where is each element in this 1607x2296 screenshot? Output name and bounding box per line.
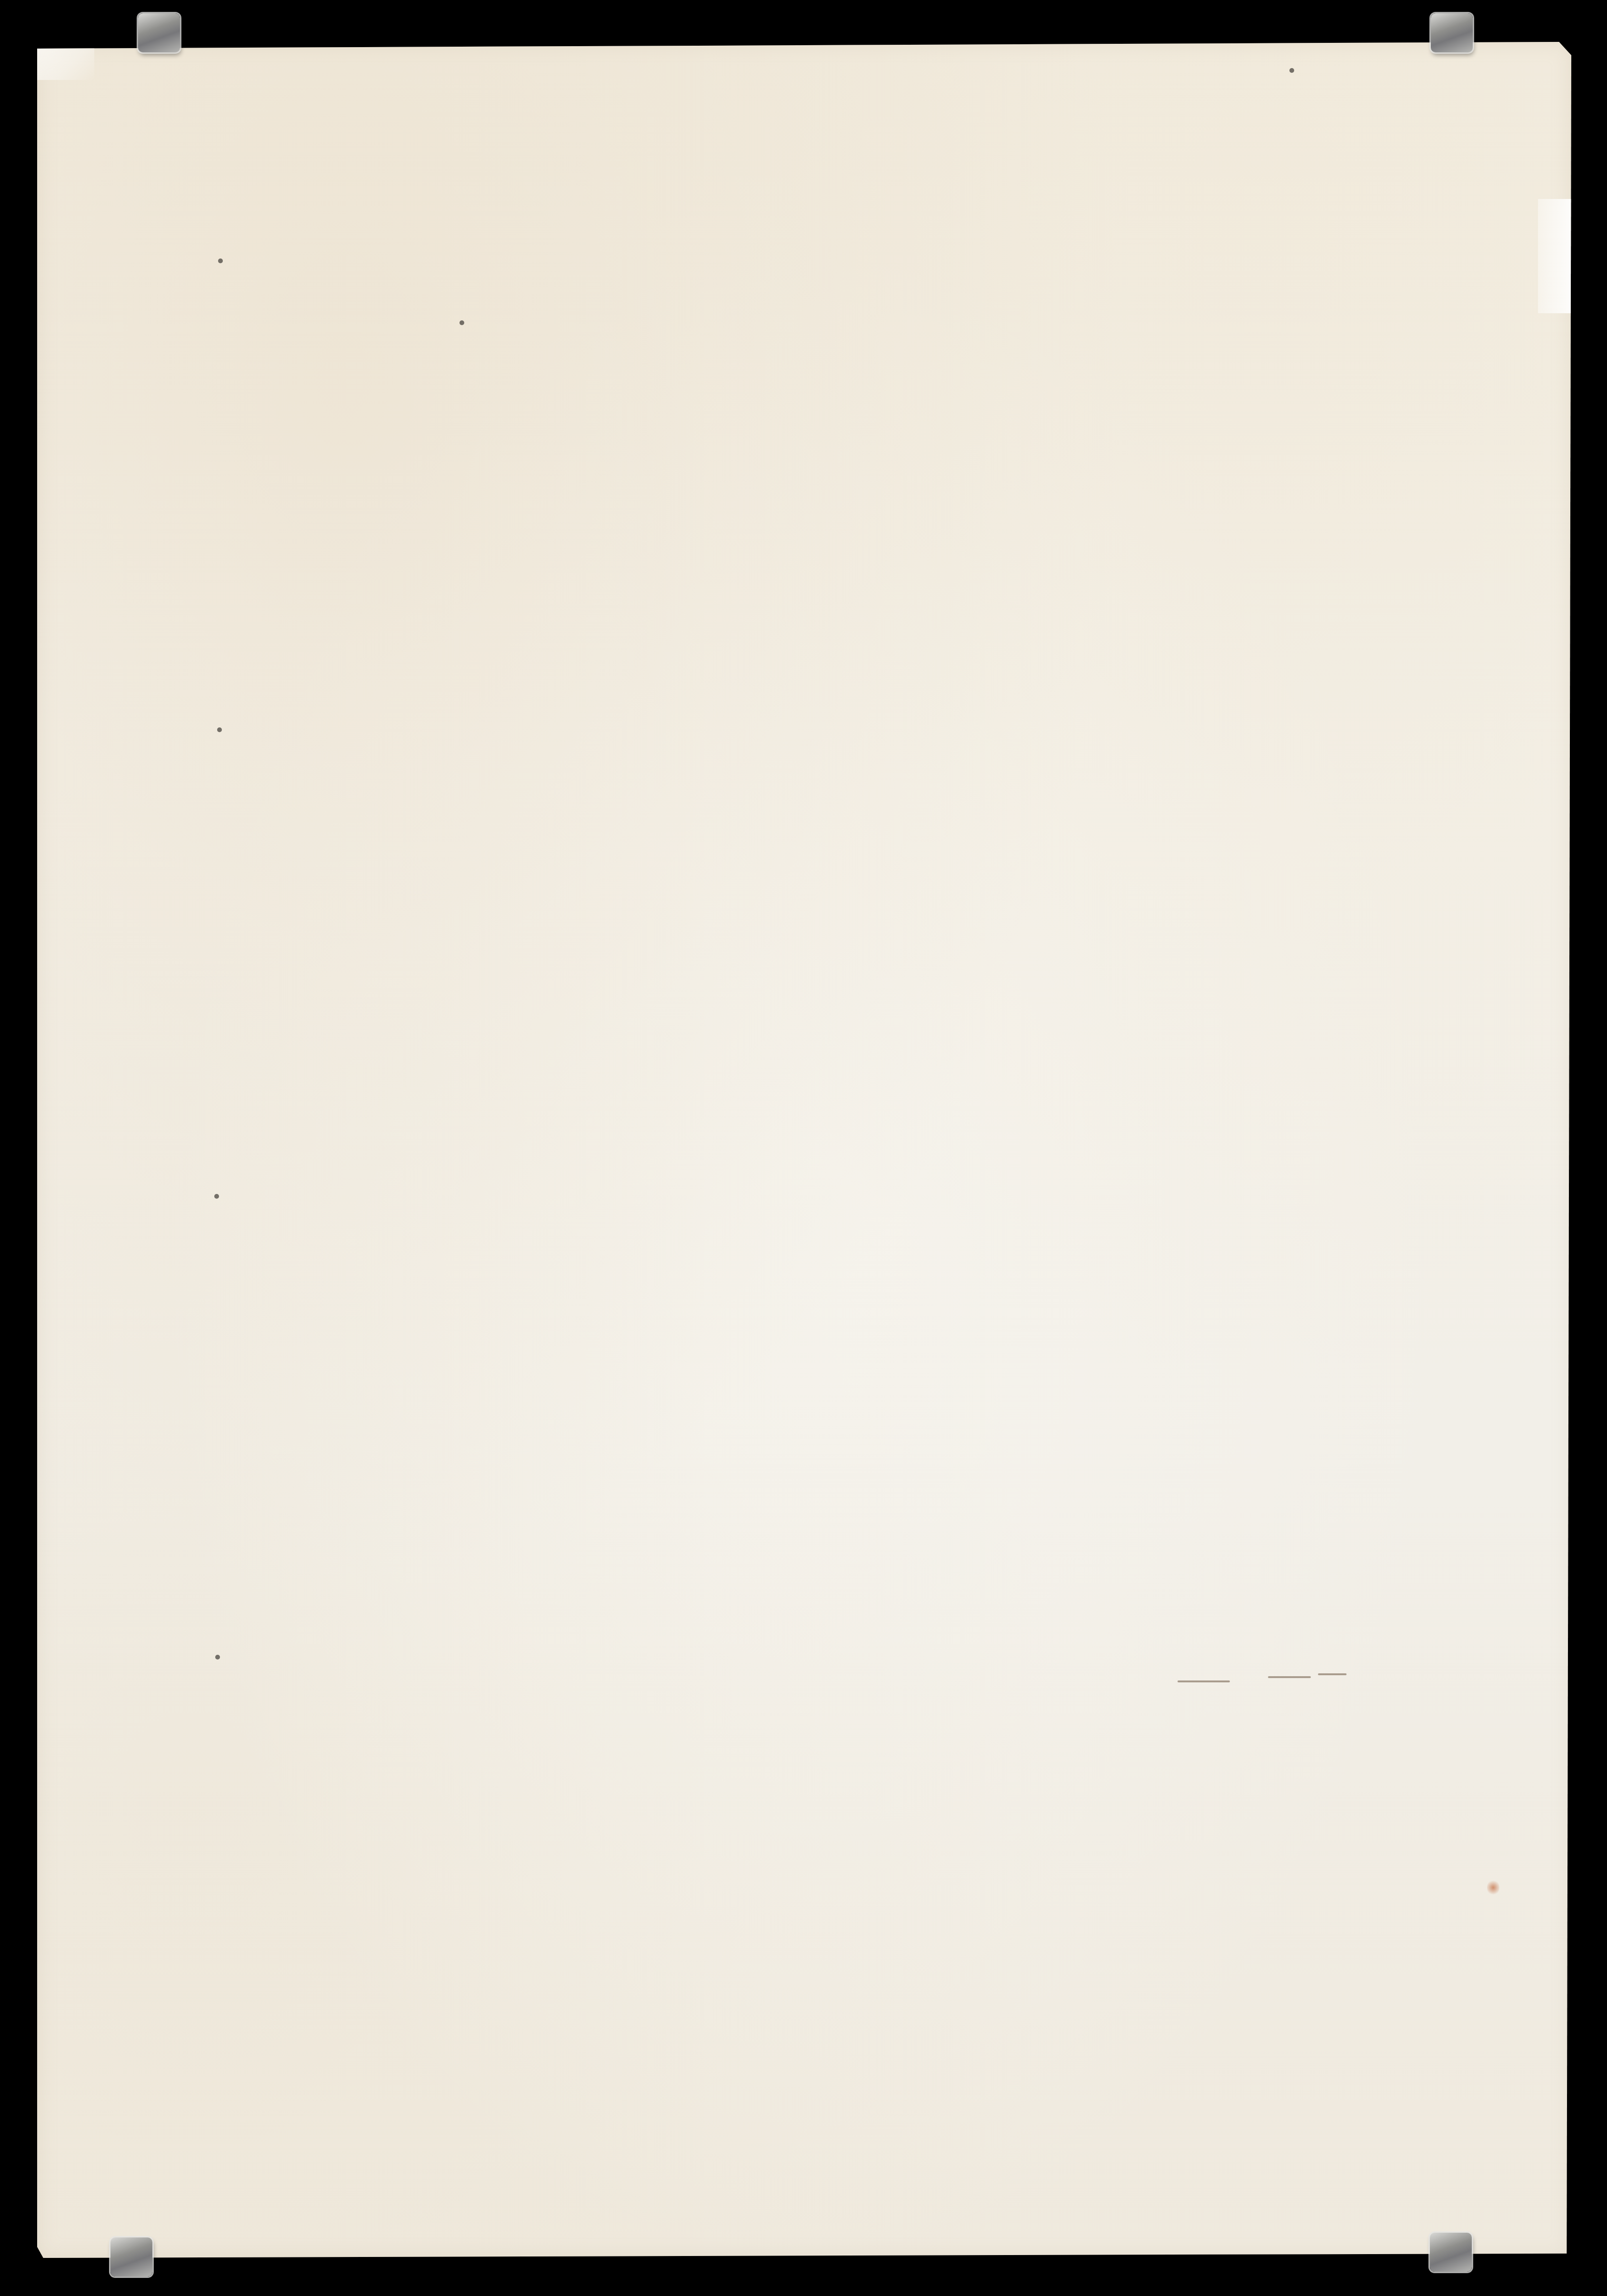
pin-mark (1289, 68, 1294, 73)
magnet-clip-bottom-left (110, 2237, 152, 2276)
magnet-clip-bottom-right (1430, 2233, 1472, 2272)
pin-mark (459, 320, 464, 325)
magnet-clip-top-left (138, 13, 180, 52)
pin-mark (215, 1655, 220, 1660)
rust-stain (1487, 1879, 1499, 1896)
pin-mark (218, 258, 223, 263)
pin-mark (217, 727, 222, 732)
paper-corner-wear (37, 42, 94, 80)
magnet-clip-top-right (1431, 13, 1473, 52)
scuff-mark (1318, 1673, 1347, 1675)
pin-mark (214, 1194, 219, 1199)
scuff-mark (1178, 1680, 1230, 1682)
photo-scene (0, 0, 1607, 2296)
poster-back-paper (37, 42, 1571, 2258)
tape-residue (1538, 199, 1571, 313)
scuff-mark (1268, 1676, 1311, 1678)
